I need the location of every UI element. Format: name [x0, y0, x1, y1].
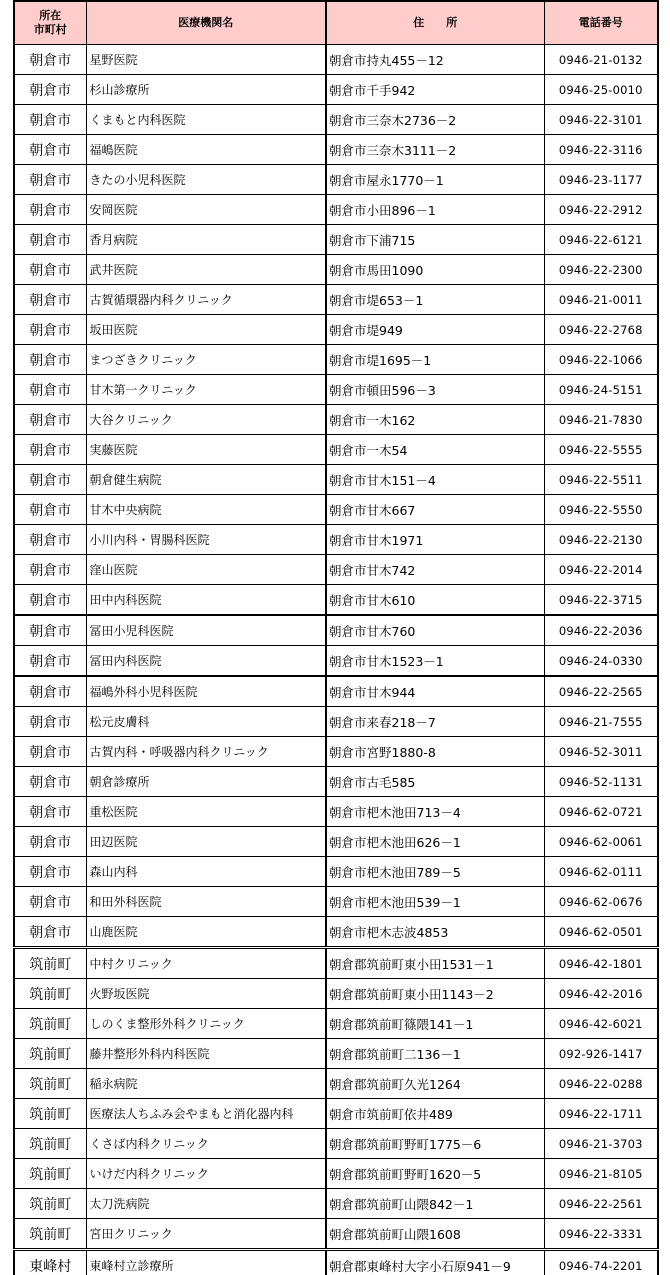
address-cell: 朝倉郡筑前町山隈842－1 — [326, 1189, 544, 1219]
municipality-cell: 朝倉市 — [14, 646, 86, 677]
institution-name-cell: 実藤医院 — [86, 435, 326, 465]
institution-name-cell: 窪山医院 — [86, 555, 326, 585]
address-cell: 朝倉郡筑前町篠隈141－1 — [326, 1009, 544, 1039]
institution-name-cell: きたの小児科医院 — [86, 165, 326, 195]
municipality-cell: 朝倉市 — [14, 917, 86, 948]
table-row: 朝倉市大谷クリニック朝倉市一木1620946-21-7830 — [14, 405, 658, 435]
phone-cell: 0946-22-3331 — [544, 1219, 658, 1250]
municipality-cell: 朝倉市 — [14, 45, 86, 75]
table-row: 筑前町中村クリニック朝倉郡筑前町東小田1531－10946-42-1801 — [14, 948, 658, 979]
phone-cell: 092-926-1417 — [544, 1039, 658, 1069]
table-row: 筑前町くさば内科クリニック朝倉郡筑前町野町1775－60946-21-3703 — [14, 1129, 658, 1159]
phone-cell: 0946-22-0288 — [544, 1069, 658, 1099]
table-row: 筑前町宮田クリニック朝倉郡筑前町山隈16080946-22-3331 — [14, 1219, 658, 1250]
institution-name-cell: 朝倉診療所 — [86, 767, 326, 797]
address-cell: 朝倉市杷木池田539－1 — [326, 887, 544, 917]
phone-cell: 0946-22-2565 — [544, 676, 658, 707]
phone-cell: 0946-74-2201 — [544, 1250, 658, 1275]
institution-name-cell: 福嶋医院 — [86, 135, 326, 165]
address-cell: 朝倉市甘木760 — [326, 615, 544, 646]
municipality-cell: 朝倉市 — [14, 615, 86, 646]
table-row: 朝倉市きたの小児科医院朝倉市屋永1770－10946-23-1177 — [14, 165, 658, 195]
phone-cell: 0946-21-3703 — [544, 1129, 658, 1159]
table-row: 朝倉市杉山診療所朝倉市千手9420946-25-0010 — [14, 75, 658, 105]
address-cell: 朝倉市三奈木3111－2 — [326, 135, 544, 165]
municipality-cell: 朝倉市 — [14, 195, 86, 225]
municipality-cell: 朝倉市 — [14, 495, 86, 525]
municipality-cell: 朝倉市 — [14, 75, 86, 105]
table-row: 朝倉市重松医院朝倉市杷木池田713－40946-62-0721 — [14, 797, 658, 827]
table-row: 朝倉市古賀内科・呼吸器内科クリニック朝倉市宮野1880-80946-52-301… — [14, 737, 658, 767]
municipality-cell: 筑前町 — [14, 1219, 86, 1250]
phone-cell: 0946-62-0111 — [544, 857, 658, 887]
table-row: 朝倉市田中内科医院朝倉市甘木6100946-22-3715 — [14, 585, 658, 616]
table-row: 筑前町しのくま整形外科クリニック朝倉郡筑前町篠隈141－10946-42-602… — [14, 1009, 658, 1039]
header-municipality-line1: 所在 — [39, 9, 61, 22]
municipality-cell: 筑前町 — [14, 1189, 86, 1219]
institution-name-cell: 田中内科医院 — [86, 585, 326, 616]
phone-cell: 0946-22-2130 — [544, 525, 658, 555]
address-cell: 朝倉市持丸455－12 — [326, 45, 544, 75]
phone-cell: 0946-22-5555 — [544, 435, 658, 465]
institution-name-cell: 小川内科・胃腸科医院 — [86, 525, 326, 555]
address-cell: 朝倉市一木162 — [326, 405, 544, 435]
address-cell: 朝倉市杷木池田626－1 — [326, 827, 544, 857]
table-row: 朝倉市冨田小児科医院朝倉市甘木7600946-22-2036 — [14, 615, 658, 646]
address-cell: 朝倉市宮野1880-8 — [326, 737, 544, 767]
phone-cell: 0946-21-8105 — [544, 1159, 658, 1189]
municipality-cell: 朝倉市 — [14, 827, 86, 857]
table-row: 朝倉市武井医院朝倉市馬田10900946-22-2300 — [14, 255, 658, 285]
institution-name-cell: 星野医院 — [86, 45, 326, 75]
header-institution: 医療機関名 — [86, 1, 326, 45]
municipality-cell: 朝倉市 — [14, 857, 86, 887]
table-row: 朝倉市福嶋医院朝倉市三奈木3111－20946-22-3116 — [14, 135, 658, 165]
phone-cell: 0946-21-0132 — [544, 45, 658, 75]
institution-name-cell: 医療法人ちふみ会やまもと消化器内科 — [86, 1099, 326, 1129]
header-municipality-line2: 市町村 — [34, 23, 67, 36]
municipality-cell: 朝倉市 — [14, 737, 86, 767]
header-phone: 電話番号 — [544, 1, 658, 45]
phone-cell: 0946-22-6121 — [544, 225, 658, 255]
address-cell: 朝倉郡筑前町野町1620－5 — [326, 1159, 544, 1189]
table-row: 筑前町いけだ内科クリニック朝倉郡筑前町野町1620－50946-21-8105 — [14, 1159, 658, 1189]
municipality-cell: 朝倉市 — [14, 315, 86, 345]
phone-cell: 0946-52-1131 — [544, 767, 658, 797]
address-cell: 朝倉市古毛585 — [326, 767, 544, 797]
phone-cell: 0946-62-0721 — [544, 797, 658, 827]
table-row: 筑前町稲永病院朝倉郡筑前町久光12640946-22-0288 — [14, 1069, 658, 1099]
institution-name-cell: 宮田クリニック — [86, 1219, 326, 1250]
institution-name-cell: 中村クリニック — [86, 948, 326, 979]
institution-name-cell: くさば内科クリニック — [86, 1129, 326, 1159]
address-cell: 朝倉市堤653－1 — [326, 285, 544, 315]
address-cell: 朝倉市杷木池田713－4 — [326, 797, 544, 827]
municipality-cell: 朝倉市 — [14, 887, 86, 917]
institution-name-cell: 古賀内科・呼吸器内科クリニック — [86, 737, 326, 767]
phone-cell: 0946-24-5151 — [544, 375, 658, 405]
table-row: 朝倉市森山内科朝倉市杷木池田789－50946-62-0111 — [14, 857, 658, 887]
table-row: 朝倉市くまもと内科医院朝倉市三奈木2736－20946-22-3101 — [14, 105, 658, 135]
address-cell: 朝倉市筑前町依井489 — [326, 1099, 544, 1129]
phone-cell: 0946-24-0330 — [544, 646, 658, 677]
phone-cell: 0946-22-5550 — [544, 495, 658, 525]
table-row: 朝倉市香月病院朝倉市下浦7150946-22-6121 — [14, 225, 658, 255]
address-cell: 朝倉市甘木151－4 — [326, 465, 544, 495]
header-municipality: 所在 市町村 — [14, 1, 86, 45]
phone-cell: 0946-22-2036 — [544, 615, 658, 646]
phone-cell: 0946-42-1801 — [544, 948, 658, 979]
address-cell: 朝倉郡筑前町二136－1 — [326, 1039, 544, 1069]
institution-name-cell: 田辺医院 — [86, 827, 326, 857]
table-row: 朝倉市小川内科・胃腸科医院朝倉市甘木19710946-22-2130 — [14, 525, 658, 555]
table-row: 筑前町太刀洗病院朝倉郡筑前町山隈842－10946-22-2561 — [14, 1189, 658, 1219]
phone-cell: 0946-22-2561 — [544, 1189, 658, 1219]
institution-name-cell: 甘木中央病院 — [86, 495, 326, 525]
institution-name-cell: 重松医院 — [86, 797, 326, 827]
table-row: 朝倉市山鹿医院朝倉市杷木志波48530946-62-0501 — [14, 917, 658, 948]
address-cell: 朝倉市屋永1770－1 — [326, 165, 544, 195]
municipality-cell: 朝倉市 — [14, 135, 86, 165]
municipality-cell: 朝倉市 — [14, 255, 86, 285]
table-row: 朝倉市朝倉診療所朝倉市古毛5850946-52-1131 — [14, 767, 658, 797]
phone-cell: 0946-21-7830 — [544, 405, 658, 435]
phone-cell: 0946-25-0010 — [544, 75, 658, 105]
institution-name-cell: 安岡医院 — [86, 195, 326, 225]
institution-name-cell: 甘木第一クリニック — [86, 375, 326, 405]
phone-cell: 0946-62-0676 — [544, 887, 658, 917]
address-cell: 朝倉郡筑前町久光1264 — [326, 1069, 544, 1099]
table-header-row: 所在 市町村 医療機関名 住 所 電話番号 — [14, 1, 658, 45]
address-cell: 朝倉市堤949 — [326, 315, 544, 345]
municipality-cell: 朝倉市 — [14, 797, 86, 827]
municipality-cell: 朝倉市 — [14, 345, 86, 375]
phone-cell: 0946-22-2300 — [544, 255, 658, 285]
address-cell: 朝倉市堤1695－1 — [326, 345, 544, 375]
table-row: 朝倉市甘木中央病院朝倉市甘木6670946-22-5550 — [14, 495, 658, 525]
phone-cell: 0946-22-2014 — [544, 555, 658, 585]
address-cell: 朝倉市小田896－1 — [326, 195, 544, 225]
table-row: 朝倉市星野医院朝倉市持丸455－120946-21-0132 — [14, 45, 658, 75]
phone-cell: 0946-22-1711 — [544, 1099, 658, 1129]
phone-cell: 0946-22-3715 — [544, 585, 658, 616]
address-cell: 朝倉市甘木742 — [326, 555, 544, 585]
institution-name-cell: 大谷クリニック — [86, 405, 326, 435]
address-cell: 朝倉郡筑前町東小田1143－2 — [326, 979, 544, 1009]
phone-cell: 0946-22-2768 — [544, 315, 658, 345]
municipality-cell: 朝倉市 — [14, 525, 86, 555]
address-cell: 朝倉市甘木610 — [326, 585, 544, 616]
phone-cell: 0946-22-5511 — [544, 465, 658, 495]
table-row: 東峰村東峰村立診療所朝倉郡東峰村大字小石原941－90946-74-2201 — [14, 1250, 658, 1275]
institution-name-cell: くまもと内科医院 — [86, 105, 326, 135]
address-cell: 朝倉郡筑前町野町1775－6 — [326, 1129, 544, 1159]
phone-cell: 0946-62-0501 — [544, 917, 658, 948]
phone-cell: 0946-52-3011 — [544, 737, 658, 767]
table-row: 朝倉市田辺医院朝倉市杷木池田626－10946-62-0061 — [14, 827, 658, 857]
municipality-cell: 朝倉市 — [14, 285, 86, 315]
municipality-cell: 朝倉市 — [14, 767, 86, 797]
municipality-cell: 筑前町 — [14, 979, 86, 1009]
phone-cell: 0946-21-0011 — [544, 285, 658, 315]
institution-name-cell: 藤井整形外科内科医院 — [86, 1039, 326, 1069]
institution-name-cell: 冨田小児科医院 — [86, 615, 326, 646]
municipality-cell: 朝倉市 — [14, 707, 86, 737]
address-cell: 朝倉市馬田1090 — [326, 255, 544, 285]
institution-name-cell: 山鹿医院 — [86, 917, 326, 948]
address-cell: 朝倉郡東峰村大字小石原941－9 — [326, 1250, 544, 1275]
phone-cell: 0946-42-2016 — [544, 979, 658, 1009]
address-cell: 朝倉郡筑前町山隈1608 — [326, 1219, 544, 1250]
table-row: 朝倉市坂田医院朝倉市堤9490946-22-2768 — [14, 315, 658, 345]
municipality-cell: 朝倉市 — [14, 165, 86, 195]
address-cell: 朝倉市杷木池田789－5 — [326, 857, 544, 887]
municipality-cell: 朝倉市 — [14, 405, 86, 435]
table-row: 筑前町医療法人ちふみ会やまもと消化器内科朝倉市筑前町依井4890946-22-1… — [14, 1099, 658, 1129]
table-row: 筑前町藤井整形外科内科医院朝倉郡筑前町二136－1092-926-1417 — [14, 1039, 658, 1069]
municipality-cell: 筑前町 — [14, 1099, 86, 1129]
municipality-cell: 筑前町 — [14, 1069, 86, 1099]
institution-name-cell: 杉山診療所 — [86, 75, 326, 105]
table-row: 朝倉市松元皮膚科朝倉市来春218－70946-21-7555 — [14, 707, 658, 737]
institution-name-cell: 稲永病院 — [86, 1069, 326, 1099]
institution-name-cell: 武井医院 — [86, 255, 326, 285]
phone-cell: 0946-62-0061 — [544, 827, 658, 857]
municipality-cell: 朝倉市 — [14, 555, 86, 585]
address-cell: 朝倉市頓田596－3 — [326, 375, 544, 405]
institution-name-cell: 坂田医院 — [86, 315, 326, 345]
table-row: 筑前町火野坂医院朝倉郡筑前町東小田1143－20946-42-2016 — [14, 979, 658, 1009]
institution-name-cell: まつざきクリニック — [86, 345, 326, 375]
phone-cell: 0946-22-1066 — [544, 345, 658, 375]
municipality-cell: 筑前町 — [14, 1009, 86, 1039]
phone-cell: 0946-22-2912 — [544, 195, 658, 225]
table-row: 朝倉市朝倉健生病院朝倉市甘木151－40946-22-5511 — [14, 465, 658, 495]
table-row: 朝倉市実藤医院朝倉市一木540946-22-5555 — [14, 435, 658, 465]
address-cell: 朝倉市下浦715 — [326, 225, 544, 255]
institution-name-cell: 古賀循環器内科クリニック — [86, 285, 326, 315]
table-row: 朝倉市冨田内科医院朝倉市甘木1523－10946-24-0330 — [14, 646, 658, 677]
address-cell: 朝倉市一木54 — [326, 435, 544, 465]
address-cell: 朝倉市三奈木2736－2 — [326, 105, 544, 135]
institution-name-cell: 福嶋外科小児科医院 — [86, 676, 326, 707]
phone-cell: 0946-22-3101 — [544, 105, 658, 135]
institution-name-cell: 朝倉健生病院 — [86, 465, 326, 495]
phone-cell: 0946-23-1177 — [544, 165, 658, 195]
municipality-cell: 筑前町 — [14, 1039, 86, 1069]
institution-name-cell: 冨田内科医院 — [86, 646, 326, 677]
institution-name-cell: 和田外科医院 — [86, 887, 326, 917]
institution-name-cell: いけだ内科クリニック — [86, 1159, 326, 1189]
institution-name-cell: 火野坂医院 — [86, 979, 326, 1009]
table-row: 朝倉市まつざきクリニック朝倉市堤1695－10946-22-1066 — [14, 345, 658, 375]
address-cell: 朝倉市甘木1523－1 — [326, 646, 544, 677]
municipality-cell: 東峰村 — [14, 1250, 86, 1275]
municipality-cell: 朝倉市 — [14, 465, 86, 495]
clinic-table: 所在 市町村 医療機関名 住 所 電話番号 朝倉市星野医院朝倉市持丸455－12… — [13, 0, 659, 1275]
municipality-cell: 筑前町 — [14, 1129, 86, 1159]
table-row: 朝倉市甘木第一クリニック朝倉市頓田596－30946-24-5151 — [14, 375, 658, 405]
table-row: 朝倉市和田外科医院朝倉市杷木池田539－10946-62-0676 — [14, 887, 658, 917]
municipality-cell: 朝倉市 — [14, 225, 86, 255]
address-cell: 朝倉市千手942 — [326, 75, 544, 105]
municipality-cell: 筑前町 — [14, 1159, 86, 1189]
address-cell: 朝倉市甘木1971 — [326, 525, 544, 555]
institution-name-cell: 森山内科 — [86, 857, 326, 887]
institution-name-cell: 太刀洗病院 — [86, 1189, 326, 1219]
header-address: 住 所 — [326, 1, 544, 45]
municipality-cell: 朝倉市 — [14, 435, 86, 465]
municipality-cell: 朝倉市 — [14, 375, 86, 405]
municipality-cell: 朝倉市 — [14, 105, 86, 135]
municipality-cell: 朝倉市 — [14, 676, 86, 707]
table-row: 朝倉市古賀循環器内科クリニック朝倉市堤653－10946-21-0011 — [14, 285, 658, 315]
phone-cell: 0946-21-7555 — [544, 707, 658, 737]
address-cell: 朝倉郡筑前町東小田1531－1 — [326, 948, 544, 979]
phone-cell: 0946-42-6021 — [544, 1009, 658, 1039]
table-row: 朝倉市窪山医院朝倉市甘木7420946-22-2014 — [14, 555, 658, 585]
municipality-cell: 朝倉市 — [14, 585, 86, 616]
institution-name-cell: 東峰村立診療所 — [86, 1250, 326, 1275]
table-row: 朝倉市安岡医院朝倉市小田896－10946-22-2912 — [14, 195, 658, 225]
table-body: 朝倉市星野医院朝倉市持丸455－120946-21-0132朝倉市杉山診療所朝倉… — [14, 45, 658, 1275]
institution-name-cell: 香月病院 — [86, 225, 326, 255]
address-cell: 朝倉市甘木944 — [326, 676, 544, 707]
institution-name-cell: 松元皮膚科 — [86, 707, 326, 737]
table-row: 朝倉市福嶋外科小児科医院朝倉市甘木9440946-22-2565 — [14, 676, 658, 707]
address-cell: 朝倉市来春218－7 — [326, 707, 544, 737]
municipality-cell: 筑前町 — [14, 948, 86, 979]
address-cell: 朝倉市杷木志波4853 — [326, 917, 544, 948]
phone-cell: 0946-22-3116 — [544, 135, 658, 165]
institution-name-cell: しのくま整形外科クリニック — [86, 1009, 326, 1039]
address-cell: 朝倉市甘木667 — [326, 495, 544, 525]
